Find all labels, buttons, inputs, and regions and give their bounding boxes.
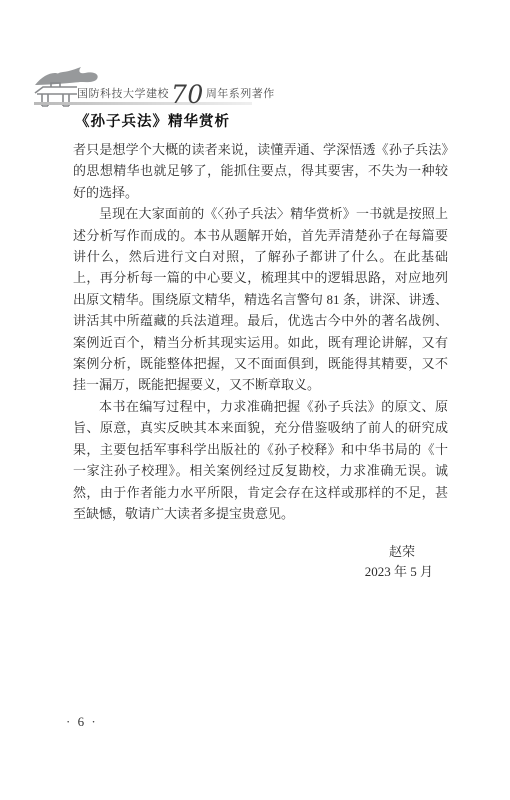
book-page: 国防科技大学建校70周年系列著作 《孙子兵法》精华赏析 者只是想学个大概的读者来… <box>0 0 510 800</box>
signature-block: 赵荣 2023 年 5 月 <box>73 542 448 582</box>
paragraph-2: 呈现在大家面前的《〈孙子兵法〉精华赏析》一书就是按照上述分析写作而成的。本书从题… <box>73 203 448 396</box>
series-anniversary-number: 70 <box>171 80 204 109</box>
book-title: 《孙子兵法》精华赏析 <box>75 110 230 131</box>
author-name: 赵荣 <box>73 542 448 562</box>
preface-body: 者只是想学个大概的读者来说，读懂弄通、学深悟透《孙子兵法》的思想精华也就足够了，… <box>73 139 448 524</box>
series-suffix: 周年系列著作 <box>206 88 275 100</box>
paragraph-3: 本书在编写过程中，力求准确把握《孙子兵法》的原文、原旨、原意，真实反映其本来面貌… <box>73 396 448 524</box>
series-prefix: 国防科技大学建校 <box>77 88 169 100</box>
signature-date: 2023 年 5 月 <box>73 562 448 582</box>
page-number: · 6 · <box>66 714 98 730</box>
series-title: 国防科技大学建校70周年系列著作 <box>77 82 275 107</box>
paragraph-1: 者只是想学个大概的读者来说，读懂弄通、学深悟透《孙子兵法》的思想精华也就足够了，… <box>73 139 448 203</box>
